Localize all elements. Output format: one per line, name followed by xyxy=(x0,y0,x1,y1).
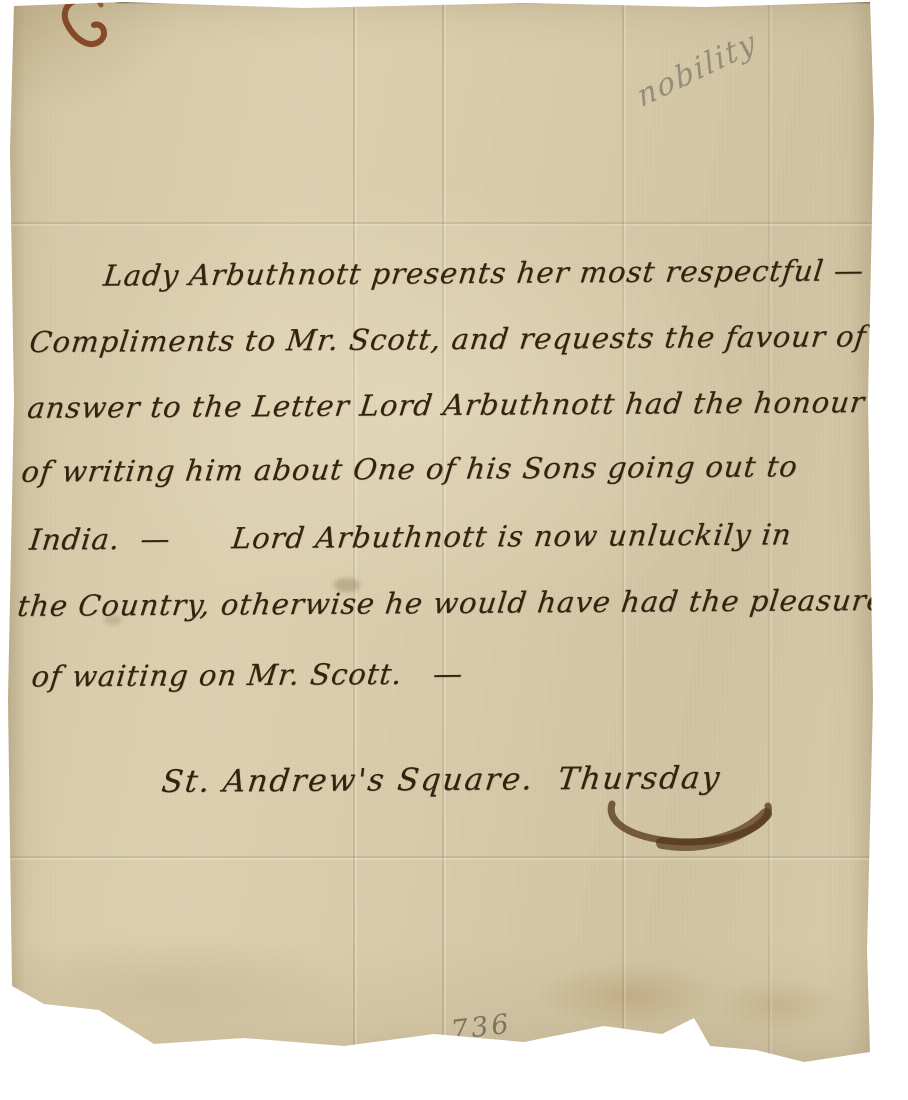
scan-background: nobility Lady Arbuthnott presents her mo… xyxy=(0,0,908,1100)
letter-page: nobility Lady Arbuthnott presents her mo… xyxy=(4,0,876,1072)
letter-line: Lady Arbuthnott presents her most respec… xyxy=(102,253,866,292)
letter-dateline: St. Andrew's Square. Thursday xyxy=(160,760,724,800)
letter-line: India. — Lord Arbuthnott is now unluckil… xyxy=(28,517,794,556)
letter-line: of writing him about One of his Sons goi… xyxy=(20,449,800,488)
signature-flourish xyxy=(600,796,795,858)
letter-line: Compliments to Mr. Scott, and requests t… xyxy=(28,319,908,359)
ink-mark xyxy=(56,0,128,62)
letter-line: of waiting on Mr. Scott. — xyxy=(30,656,465,693)
horizontal-fold-crease xyxy=(4,222,876,224)
letter-line: answer to the Letter Lord Arbuthnott had… xyxy=(26,385,867,425)
scan-edge-shadow xyxy=(116,0,872,3)
pencil-annotation-nobility: nobility xyxy=(634,24,761,115)
pencil-annotation-number: 736 xyxy=(449,1008,513,1046)
letter-line: the Country, otherwise he would have had… xyxy=(16,583,887,623)
